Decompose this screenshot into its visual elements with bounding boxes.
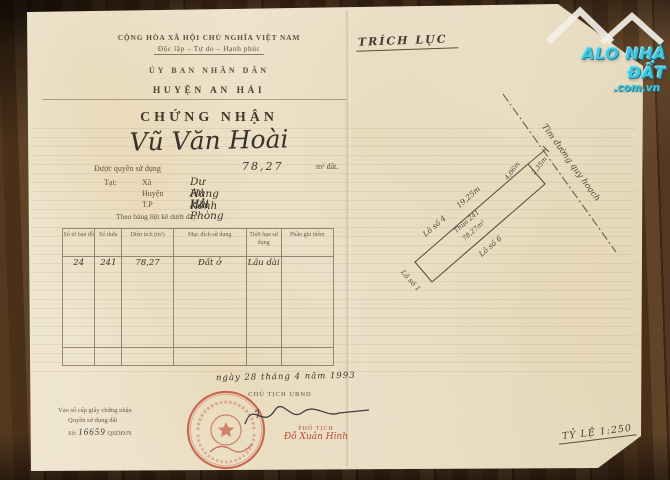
road-centerline [503,94,616,252]
table-cell-empty [282,272,333,347]
land-plot-diagram: Tim đường quy hoạch 4,06m 2,35m Lô số 4 … [380,80,644,304]
location-label: Tại: [104,178,117,187]
extract-title: TRÍCH LỤC [356,32,458,52]
table-cell-empty [95,348,122,365]
table-cell-empty [174,272,247,347]
watermark: ALO NHÀ ĐẤT .com.vn [538,0,666,94]
grantee-name-handwritten: Vũ Văn Hoài [84,123,335,157]
table-empty-row [63,347,333,365]
national-motto-text: Độc lập – Tự do – Hạnh phúc [154,44,265,55]
table-cell-empty [95,272,122,347]
watermark-brand: ALO NHÀ ĐẤT [538,44,666,82]
watermark-domain: .com.vn [538,82,666,94]
horizontal-rule [42,99,346,100]
table-cell: 78,27 [122,257,173,272]
location-row-label: Xã [142,178,151,187]
road-offset-dimension: 2,35m [529,155,549,177]
signer-name-stamp: Đỗ Xuân Hinh [274,432,358,442]
national-motto-line1: CỘNG HÒA XÃ HỘI CHỦ NGHĨA VIỆT NAM [84,33,334,42]
grant-area-value: 78,27 [242,160,284,173]
table-intro: Theo bảng liệt kê dưới đây: [116,212,199,221]
land-parcel-table: Số tờ bản đồ Số thửa Diện tích (m²) Mục … [62,228,334,366]
table-header: Diện tích (m²) [122,229,173,256]
table-cell-empty [174,348,247,365]
table-cell-empty [247,272,282,347]
location-row-label: Huyện [142,189,163,198]
registry-number-label: Số: [68,430,77,437]
date-line-handwritten: ngày 28 tháng 4 năm 1993 [216,371,356,383]
table-header: Thời hạn sử dụng [247,229,282,256]
neighbor-lot-top: Lô số 4 [420,214,448,240]
map-scale: TỶ LỆ 1:250 [557,422,636,444]
table-cell: 24 [63,257,95,272]
table-header: Số thửa [95,229,122,256]
location-row-label: T.P [142,200,153,209]
registry-number-line: Số: 16659 QSDĐ/N [58,426,132,440]
table-cell-empty [247,348,282,365]
star-icon [218,422,234,437]
neighbor-lot-left: Lô số 1 [398,267,422,293]
table-cell-empty [63,272,95,347]
issuer-district: HUYỆN AN HẢI [84,86,334,96]
national-motto-line2: Độc lập – Tự do – Hạnh phúc [84,44,334,53]
registry-line1: Vào sổ cấp giấy chứng nhận [58,406,132,416]
registry-block: Vào sổ cấp giấy chứng nhận Quyền sử dụng… [58,406,132,440]
road-label: Tim đường quy hoạch [539,122,603,204]
neighbor-lot-bottom: Lô số 6 [476,234,504,260]
table-cell-empty [122,348,173,365]
table-header: Số tờ bản đồ [63,229,95,256]
table-header: Mục đích sử dụng [174,229,247,256]
registry-line2: Quyền sử dụng đất [58,416,132,426]
registry-number-suffix: QSDĐ/N [107,430,131,437]
table-row: 24 241 78,27 Đất ở Lâu dài [63,257,333,272]
table-cell-empty [282,348,333,365]
photo-wood-background: CỘNG HÒA XÃ HỘI CHỦ NGHĨA VIỆT NAM Độc l… [0,0,670,480]
table-cell-empty [122,272,173,347]
table-cell: Lâu dài [247,257,282,272]
table-header-row: Số tờ bản đồ Số thửa Diện tích (m²) Mục … [63,229,333,257]
house-roofs-icon [544,0,666,44]
table-header: Phần ghi thêm [282,229,333,256]
table-empty-area [63,272,333,347]
table-cell [282,257,333,272]
issuer-name: ỦY BAN NHÂN DÂN [84,66,334,75]
grant-unit: m² đất. [316,162,338,171]
table-cell-empty [63,348,95,365]
top-edge-length: 19,25m [455,184,482,210]
registry-number: 16659 [78,427,106,437]
deputy-signature-block: PHÓ TỊCH Đỗ Xuân Hinh [274,426,358,442]
grant-label: Được quyền sử dụng [94,164,161,173]
table-cell: Đất ở [174,257,247,272]
table-cell: 241 [95,257,122,272]
